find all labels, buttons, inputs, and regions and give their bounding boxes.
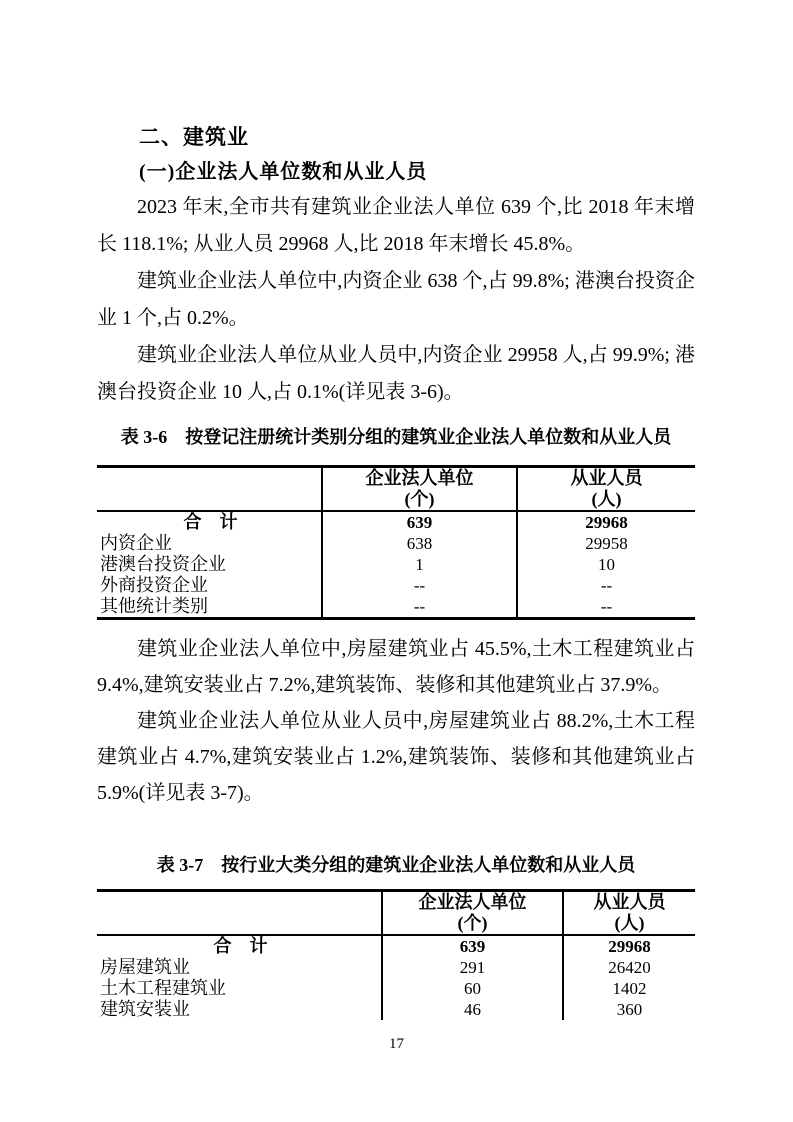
persons-value-cell: 10 [517,554,695,575]
table-row: 外商投资企业 -- -- [97,575,695,596]
body-paragraph-2: 建筑业企业法人单位中,内资企业 638 个,占 99.8%; 港澳台投资企业 1… [97,263,695,337]
table-row: 土木工程建筑业 60 1402 [97,978,695,999]
stub-header-cell [97,467,322,512]
persons-value-cell: -- [517,575,695,596]
row-label-cell: 土木工程建筑业 [97,978,382,999]
units-value-cell: -- [322,596,517,619]
units-value-cell: 639 [382,935,563,957]
page-number: 17 [0,1036,793,1053]
table-row: 其他统计类别 -- -- [97,596,695,619]
body-paragraph-3: 建筑业企业法人单位从业人员中,内资企业 29958 人,占 99.9%; 港澳台… [97,337,695,411]
table-row: 建筑安装业 46 360 [97,999,695,1020]
units-column-label: 企业法人单位 [323,468,516,489]
row-label-cell: 其他统计类别 [97,596,322,619]
table-header-row: 企业法人单位 (个) 从业人员 (人) [97,467,695,512]
persons-column-header: 从业人员 (人) [563,891,695,936]
units-column-unit: (个) [383,913,562,934]
persons-column-header: 从业人员 (人) [517,467,695,512]
row-label-cell: 建筑安装业 [97,999,382,1020]
persons-column-unit: (人) [564,913,695,934]
row-label-cell: 内资企业 [97,533,322,554]
persons-value-cell: 29968 [563,935,695,957]
units-value-cell: 638 [322,533,517,554]
table-3-6-title: 表 3-6 按登记注册统计类别分组的建筑业企业法人单位数和从业人员 [97,426,695,448]
row-label-cell: 房屋建筑业 [97,957,382,978]
persons-column-unit: (人) [518,489,695,510]
persons-value-cell: 26420 [563,957,695,978]
section-heading: 二、建筑业 [139,121,249,151]
persons-column-label: 从业人员 [564,892,695,913]
table-row: 港澳台投资企业 1 10 [97,554,695,575]
persons-value-cell: -- [517,596,695,619]
row-label-cell: 合 计 [97,935,382,957]
row-label-cell: 外商投资企业 [97,575,322,596]
units-column-unit: (个) [323,489,516,510]
units-value-cell: 60 [382,978,563,999]
units-column-label: 企业法人单位 [383,892,562,913]
persons-column-label: 从业人员 [518,468,695,489]
units-column-header: 企业法人单位 (个) [322,467,517,512]
table-row-total: 合 计 639 29968 [97,935,695,957]
units-value-cell: 291 [382,957,563,978]
persons-value-cell: 29958 [517,533,695,554]
persons-value-cell: 360 [563,999,695,1020]
persons-value-cell: 29968 [517,511,695,533]
stub-header-cell [97,891,382,936]
row-label-cell: 港澳台投资企业 [97,554,322,575]
table-row-total: 合 计 639 29968 [97,511,695,533]
body-paragraph-5: 建筑业企业法人单位从业人员中,房屋建筑业占 88.2%,土木工程建筑业占 4.7… [97,703,695,811]
subsection-heading: (一)企业法人单位数和从业人员 [139,155,427,184]
table-row: 内资企业 638 29958 [97,533,695,554]
row-label-cell: 合 计 [97,511,322,533]
units-value-cell: 639 [322,511,517,533]
persons-value-cell: 1402 [563,978,695,999]
body-text-block-1: 2023 年末,全市共有建筑业企业法人单位 639 个,比 2018 年末增长 … [97,189,695,411]
document-page: 二、建筑业 (一)企业法人单位数和从业人员 2023 年末,全市共有建筑业企业法… [0,0,793,1122]
table-3-7-title: 表 3-7 按行业大类分组的建筑业企业法人单位数和从业人员 [97,854,695,876]
body-paragraph-1: 2023 年末,全市共有建筑业企业法人单位 639 个,比 2018 年末增长 … [97,189,695,263]
table-3-6: 企业法人单位 (个) 从业人员 (人) 合 计 639 29968 内资企业 6… [97,465,695,620]
units-value-cell: 1 [322,554,517,575]
table-3-7: 企业法人单位 (个) 从业人员 (人) 合 计 639 29968 房屋建筑业 … [97,889,695,1020]
units-value-cell: -- [322,575,517,596]
body-text-block-2: 建筑业企业法人单位中,房屋建筑业占 45.5%,土木工程建筑业占 9.4%,建筑… [97,631,695,811]
table-header-row: 企业法人单位 (个) 从业人员 (人) [97,891,695,936]
units-value-cell: 46 [382,999,563,1020]
body-paragraph-4: 建筑业企业法人单位中,房屋建筑业占 45.5%,土木工程建筑业占 9.4%,建筑… [97,631,695,703]
table-row: 房屋建筑业 291 26420 [97,957,695,978]
units-column-header: 企业法人单位 (个) [382,891,563,936]
